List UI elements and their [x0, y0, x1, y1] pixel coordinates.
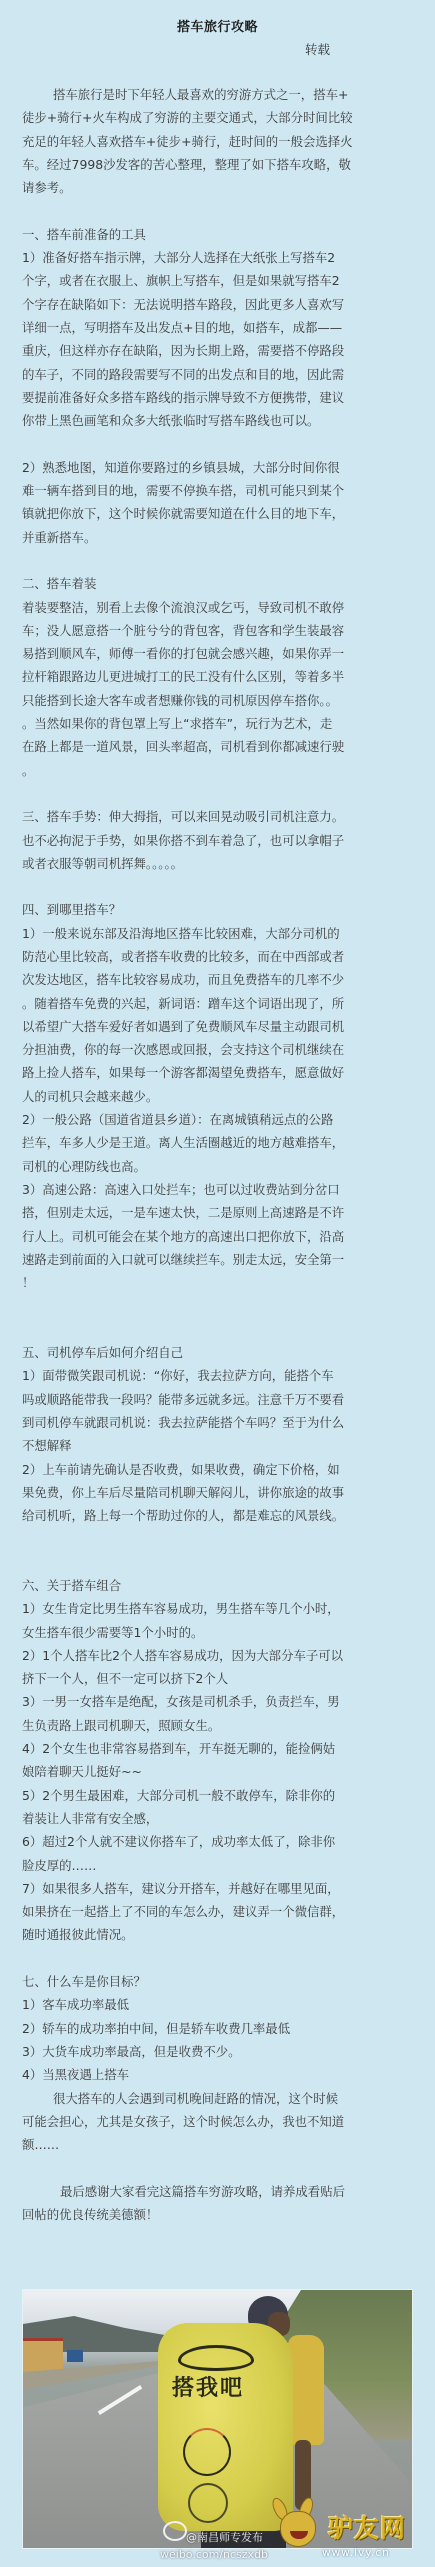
paragraph-line: 速路走到前面的入口就可以继续拦车。别走太远，安全第一 — [22, 1248, 417, 1271]
paragraph-line: 4）2个女生也非常容易搭到车，开车挺无聊的，能捡俩姑 — [22, 1737, 417, 1760]
paragraph-line: 要提前准备好众多搭车路线的指示牌导致不方便携带，建议 — [22, 386, 417, 409]
paragraph-line: 到司机停车就跟司机说：我去拉萨能搭个车吗？至于为什么 — [22, 1411, 417, 1434]
paragraph-line: 或者衣服等朝司机挥舞。。。。。 — [22, 852, 417, 875]
paragraph-line: 娘陪着聊天儿挺好~~ — [22, 1760, 417, 1783]
weibo-url: weibo.com/ncszxdb — [160, 2548, 268, 2561]
section-heading: 五、司机停车后如何介绍自己 — [22, 1341, 417, 1364]
paragraph-line: 2）上车前请先确认是否收费，如果收费，确定下价格，如 — [22, 1458, 417, 1481]
paragraph-line: 1）面带微笑跟司机说：“你好，我去拉萨方向，能搭个车 — [22, 1364, 417, 1387]
paragraph-line: 个字存在缺陷如下：无法说明搭车路段，因此更多人喜欢写 — [22, 293, 417, 316]
paragraph-line: 6）超过2个人就不建议你搭车了，成功率太低了，除非你 — [22, 1830, 417, 1853]
paragraph-line: 2）熟悉地图，知道你要路过的乡镇县城，大部分时间你很 — [22, 456, 417, 479]
smiley-drawing-icon — [188, 2483, 228, 2523]
brand-logo: 驴友网 — [328, 2509, 406, 2545]
paragraph-line: 次发达地区，搭车比较容易成功，而且免费搭车的几率不少 — [22, 968, 417, 991]
paragraph-line: 不想解释 — [22, 1434, 417, 1457]
paragraph-line: 额…… — [22, 2133, 417, 2156]
paragraph-line: 脸皮厚的…… — [22, 1854, 417, 1877]
article-body: 搭车旅行是时下年轻人最喜欢的穷游方式之一，搭车+ 徒步+骑行+火车构成了穷游的主… — [22, 83, 417, 2226]
paragraph-line: 着装让人非常有安全感， — [22, 1807, 417, 1830]
weibo-logo-icon — [163, 2521, 187, 2541]
paragraph-line: 1）准备好搭车指示牌，大部分人选择在大纸张上写搭车2 — [22, 246, 417, 269]
closing-line: 回帖的优良传统美德额！ — [22, 2203, 417, 2226]
paragraph-line: 可能会担心，尤其是女孩子，这个时候怎么办，我也不知道 — [22, 2110, 417, 2133]
paragraph-line: 拉杆箱跟路边儿更进城打工的民工没有什么区别，等着多半 — [22, 665, 417, 688]
backpack-text: 搭我吧 — [172, 2371, 244, 2402]
intro-line: 请参考。 — [22, 176, 417, 199]
paragraph-line: 如果挤在一起搭上了不同的车怎么办，建议弄一个微信群， — [22, 1900, 417, 1923]
paragraph-line: 女生搭车很少需要等1个小时的。 — [22, 1621, 417, 1644]
paragraph-line: 在路上都是一道风景，回头率超高，司机看到你都减速行驶 — [22, 735, 417, 758]
paragraph-line: 只能搭到长途大客车或者想赚你钱的司机原因停车搭你。。 — [22, 689, 417, 712]
paragraph-line: 5）2个男生最困难，大部分司机一般不敢停车，除非你的 — [22, 1784, 417, 1807]
paragraph-line: 也不必拘泥于手势，如果你搭不到车着急了，也可以拿帽子 — [22, 829, 417, 852]
paragraph-line: 搭，但别走太远，一是车速太快，二是原则上高速路是不许 — [22, 1201, 417, 1224]
section-heading: 六、关于搭车组合 — [22, 1574, 417, 1597]
paragraph-line: 。随着搭车免费的兴起，新词语：蹭车这个词语出现了，所 — [22, 992, 417, 1015]
paragraph-line: 易搭到顺风车，师傅一看你的打包就会感兴趣，如果你弄一 — [22, 642, 417, 665]
section-heading: 二、搭车着装 — [22, 572, 417, 595]
section-heading: 三、搭车手势：伸大拇指，可以来回晃动吸引司机注意力。 — [22, 805, 417, 828]
paragraph-line: 着装要整洁，别看上去像个流浪汉或乞丐，导致司机不敢停 — [22, 596, 417, 619]
paragraph-line: 并重新搭车。 — [22, 526, 417, 549]
paragraph-line: 。 — [22, 759, 417, 782]
section-heading: 四、到哪里搭车？ — [22, 898, 417, 921]
paragraph-line: 给司机听，路上每一个帮助过你的人，都是难忘的风景线。 — [22, 1504, 417, 1527]
intro-line: 车。经过7998沙发客的苦心整理，整理了如下搭车攻略，敬 — [22, 153, 417, 176]
paragraph-line: 。当然如果你的背包罩上写上“求搭车”，玩行为艺术，走 — [22, 712, 417, 735]
paragraph-line: 行人上。司机可能会在某个地方的高速出口把你放下，沿高 — [22, 1225, 417, 1248]
paragraph-line: 4）当黑夜遇上搭车 — [22, 2063, 417, 2086]
paragraph-line: 2）轿车的成功率拍中间，但是轿车收费几率最低 — [22, 2017, 417, 2040]
paragraph-line: 重庆，但这样亦存在缺陷，因为长期上路，需要搭不停路段 — [22, 339, 417, 362]
paragraph-line: 车；没人愿意搭一个脏兮兮的背包客，背包客和学生装最容 — [22, 619, 417, 642]
paragraph-line: 路上捡人搭车，如果每一个游客都渴望免费搭车，愿意做好 — [22, 1061, 417, 1084]
paragraph-line: 详细一点，写明搭车及出发点+目的地，如搭车，成都—— — [22, 316, 417, 339]
paragraph-line: 1）一般来说东部及沿海地区搭车比较困难，大部分司机的 — [22, 922, 417, 945]
paragraph-line: 1）客车成功率最低 — [22, 1993, 417, 2016]
paragraph-line: 2）1个人搭车比2个人搭车容易成功，因为大部分车子可以 — [22, 1644, 417, 1667]
paragraph-line: 1）女生肯定比男生搭车容易成功，男生搭车等几个小时， — [22, 1597, 417, 1620]
paragraph-line: 难一辆车搭到目的地，需要不停换车搭，司机可能只到某个 — [22, 479, 417, 502]
paragraph-line: 司机的心理防线也高。 — [22, 1155, 417, 1178]
paragraph-line: 挤下一个人，但不一定可以挤下2个人 — [22, 1667, 417, 1690]
article-title: 搭车旅行攻略 — [0, 16, 435, 35]
paragraph-line: 以希望广大搭车爱好者如遇到了免费顺风车尽量主动跟司机 — [22, 1015, 417, 1038]
paragraph-line: 防范心里比较高，或者搭车收费的比较多，而在中西部或者 — [22, 945, 417, 968]
section-heading: 七、什么车是你目标？ — [22, 1970, 417, 1993]
paragraph-line: 3）高速公路：高速入口处拦车；也可以过收费站到分岔口 — [22, 1178, 417, 1201]
paragraph-line: 3）一男一女搭车是绝配，女孩是司机杀手，负责拦车，男 — [22, 1690, 417, 1713]
paragraph-line: 镇就把你放下，这个时候你就需要知道在什么目的地下车， — [22, 502, 417, 525]
intro-line: 充足的年轻人喜欢搭车+徒步+骑行，赶时间的一般会选择火 — [22, 130, 417, 153]
paragraph-line: 生负责路上跟司机聊天，照顾女生。 — [22, 1714, 417, 1737]
roadside-building — [23, 2338, 63, 2373]
repost-label: 转载 — [305, 40, 330, 58]
paragraph-line: 吗或顺路能带我一段吗？能带多远就多远。注意千万不要看 — [22, 1388, 417, 1411]
intro-line: 徒步+骑行+火车构成了穷游的主要交通式，大部分时间比较 — [22, 106, 417, 129]
paragraph-line: 3）大货车成功率最高，但是收费不少。 — [22, 2040, 417, 2063]
article-page: 搭车旅行攻略 转载 搭车旅行是时下年轻人最喜欢的穷游方式之一，搭车+ 徒步+骑行… — [0, 0, 435, 2567]
paragraph-line: 拦车，车多人少是王道。离人生活圈越近的地方越难搭车， — [22, 1131, 417, 1154]
road-sign — [67, 2350, 83, 2362]
paragraph-line: 的车子，不同的路段需要写不同的出发点和目的地，因此需 — [22, 363, 417, 386]
paragraph-line: 2）一般公路（国道省道县乡道）：在离城镇稍远点的公路 — [22, 1108, 417, 1131]
paragraph-line: ！ — [22, 1271, 417, 1294]
paragraph-line: 7）如果很多人搭车，建议分开搭车，并越好在哪里见面， — [22, 1877, 417, 1900]
paragraph-line: 个字，或者在衣服上、旗帜上写搭车，但是如果就写搭车2 — [22, 269, 417, 292]
weibo-watermark: @南昌师专发布 — [186, 2529, 263, 2545]
brand-url: www.lvy.cn — [322, 2547, 390, 2559]
intro-line: 搭车旅行是时下年轻人最喜欢的穷游方式之一，搭车+ — [22, 83, 417, 106]
paragraph-line: 很大搭车的人会遇到司机晚间赶路的情况，这个时候 — [22, 2087, 417, 2110]
paragraph-line: 果免费，你上车后尽量陪司机聊天解闷儿，讲你旅途的故事 — [22, 1481, 417, 1504]
paragraph-line: 分担油费，你的每一次感恩或回报，会支持这个司机继续在 — [22, 1038, 417, 1061]
section-heading: 一、搭车前准备的工具 — [22, 223, 417, 246]
paragraph-line: 随时通报彼此情况。 — [22, 1923, 417, 1946]
paragraph-line: 你带上黑色画笔和众多大纸张临时写搭车路线也可以。 — [22, 409, 417, 432]
closing-line: 最后感谢大家看完这篇搭车穷游攻略，请养成看贴后 — [22, 2180, 417, 2203]
donkey-mascot-icon — [272, 2497, 320, 2557]
lips-drawing-icon — [178, 2345, 254, 2371]
circle-drawing-icon — [183, 2428, 231, 2476]
paragraph-line: 人的司机只会越来越少。 — [22, 1085, 417, 1108]
hiker-jacket — [288, 2335, 324, 2445]
